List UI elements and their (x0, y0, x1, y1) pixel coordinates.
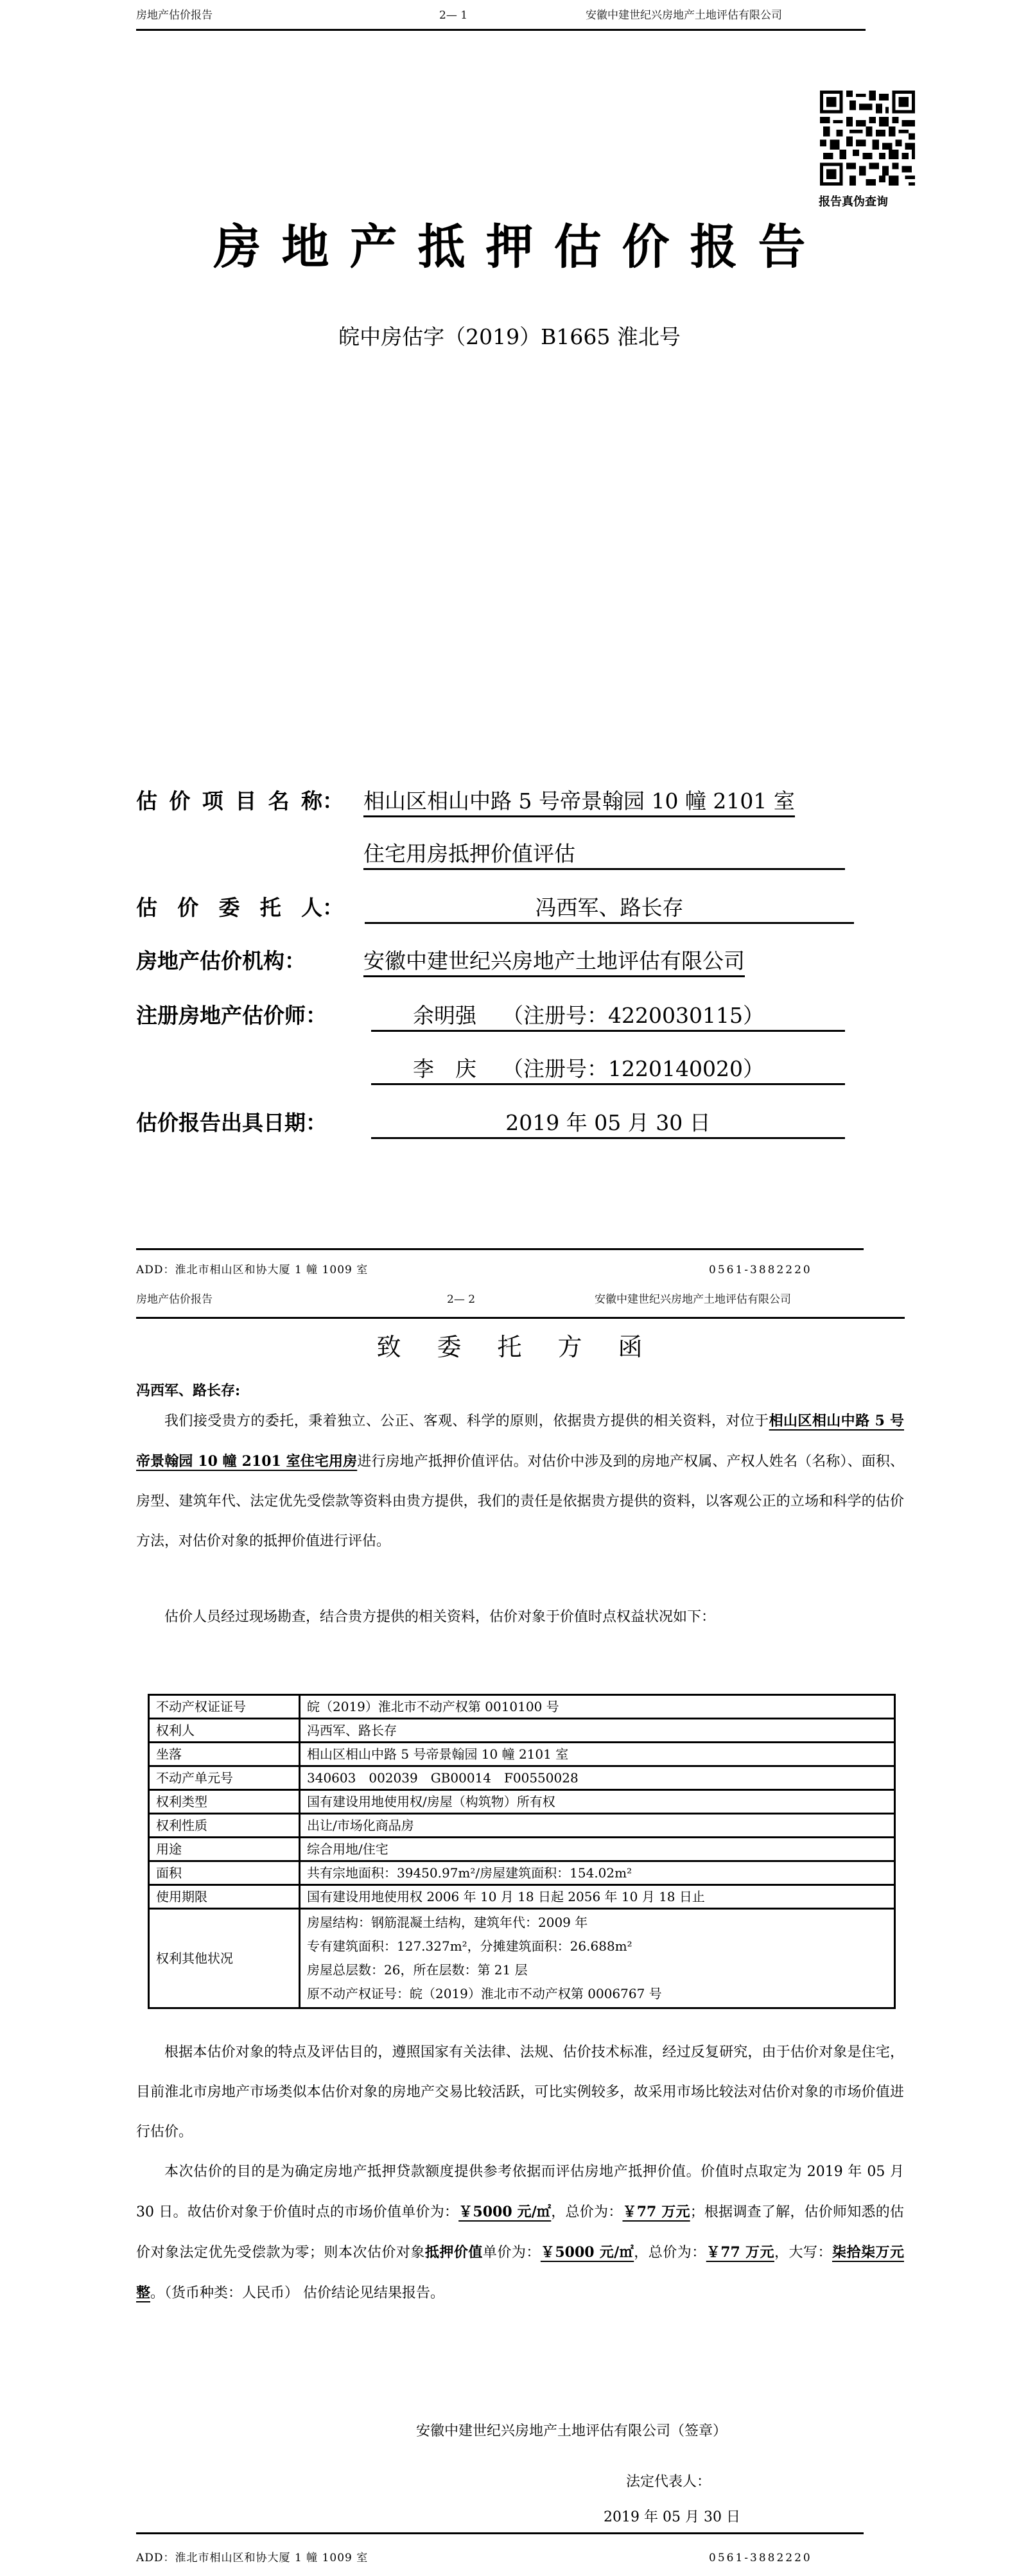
table-row: 不动产单元号340603 002039 GB00014 F00550028 (149, 1766, 895, 1790)
letter-paragraph-2: 估价人员经过现场勘查，结合贵方提供的相关资料，估价对象于价值时点权益状况如下： (136, 1597, 904, 1637)
qr-verify-label: 报告真伪查询 (819, 193, 888, 209)
table-row: 权利其他状况 房屋结构：钢筋混凝土结构，建筑年代：2009 年 专有建筑面积：1… (149, 1909, 895, 2008)
property-rights-table: 不动产权证证号皖（2019）淮北市不动产权第 0010100 号 权利人冯西军、… (148, 1694, 896, 2009)
footer-phone: 0561-3882220 (709, 2550, 812, 2566)
table-row: 坐落相山区相山中路 5 号帝景翰园 10 幢 2101 室 (149, 1743, 895, 1766)
footer-address: ADD：淮北市相山区和协大厦 1 幢 1009 室 (136, 2550, 368, 2566)
client-value: 冯西军、路长存 (365, 894, 854, 924)
market-unit-price: ￥5000 元/㎡ (458, 2204, 551, 2220)
letter-paragraph-3: 根据本估价对象的特点及评估目的，遵照国家有关法律、法规、估价技术标准，经过反复研… (136, 2033, 904, 2152)
signature-company: 安徽中建世纪兴房地产土地评估有限公司（签章） (416, 2422, 727, 2441)
header-doc-type: 房地产估价报告 (136, 1293, 213, 1306)
table-row: 使用期限国有建设用地使用权 2006 年 10 月 18 日起 2056 年 1… (149, 1885, 895, 1909)
table-row: 权利类型国有建设用地使用权/房屋（构筑物）所有权 (149, 1790, 895, 1814)
header-company: 安徽中建世纪兴房地产土地评估有限公司 (586, 9, 782, 22)
appraiser-row-1: 余明强（注册号：4220030115） (371, 1002, 845, 1032)
appraiser-label: 注册房地产估价师： (136, 1002, 327, 1030)
footer-address: ADD：淮北市相山区和协大厦 1 幢 1009 室 (136, 1262, 368, 1278)
table-row: 用途综合用地/住宅 (149, 1838, 895, 1861)
header-rule (136, 29, 866, 31)
letter-title: 致委托方函 (0, 1329, 1019, 1365)
date-label: 估价报告出具日期： (136, 1109, 327, 1137)
appraiser-name: 余明强 (413, 1003, 476, 1028)
org-label: 房地产估价机构： (136, 947, 306, 975)
qr-code-icon[interactable] (820, 91, 915, 186)
client-label: 估价委托人： (136, 894, 344, 922)
header-doc-type: 房地产估价报告 (136, 9, 213, 22)
report-title: 房地产抵押估价报告 (0, 215, 1019, 279)
date-value: 2019 年 05 月 30 日 (371, 1109, 845, 1139)
report-number: 皖中房估字（2019）B1665 淮北号 (0, 321, 1019, 353)
appraiser-row-2: 李 庆（注册号：1220140020） (371, 1055, 845, 1085)
mortgage-total-price: ￥77 万元 (706, 2244, 774, 2261)
project-value-line2: 住宅用房抵押价值评估 (363, 840, 845, 870)
header-rule (136, 1317, 905, 1319)
table-row: 不动产权证证号皖（2019）淮北市不动产权第 0010100 号 (149, 1695, 895, 1719)
market-total-price: ￥77 万元 (622, 2204, 690, 2220)
table-row: 权利性质出让/市场化商品房 (149, 1814, 895, 1838)
appraiser-reg: （注册号：1220140020） (502, 1056, 764, 1081)
table-row: 权利人冯西军、路长存 (149, 1719, 895, 1743)
org-value: 安徽中建世纪兴房地产土地评估有限公司 (363, 947, 745, 977)
header-page-number: 2— 1 (439, 9, 467, 22)
letter-paragraph-4: 本次估价的目的是为确定房地产抵押贷款额度提供参考依据而评估房地产抵押价值。价值时… (136, 2152, 904, 2313)
mortgage-unit-price: ￥5000 元/㎡ (541, 2244, 634, 2261)
header-page-number: 2— 2 (447, 1293, 475, 1306)
project-value-line1: 相山区相山中路 5 号帝景翰园 10 幢 2101 室 (363, 787, 795, 817)
letter-paragraph-1: 我们接受贵方的委托，秉着独立、公正、客观、科学的原则，依据贵方提供的相关资料，对… (136, 1401, 904, 1562)
footer-rule (136, 2532, 864, 2534)
footer-phone: 0561-3882220 (709, 1262, 812, 1278)
signature-date: 2019 年 05 月 30 日 (604, 2508, 740, 2527)
project-label: 估价项目名称： (136, 787, 344, 815)
appraiser-reg: （注册号：4220030115） (502, 1003, 764, 1028)
footer-rule (136, 1248, 864, 1250)
table-row: 面积共有宗地面积：39450.97m²/房屋建筑面积：154.02m² (149, 1861, 895, 1885)
appraiser-name: 李 庆 (413, 1056, 476, 1081)
header-company: 安徽中建世纪兴房地产土地评估有限公司 (595, 1293, 791, 1306)
signature-legal-rep: 法定代表人： (626, 2473, 711, 2492)
salutation: 冯西军、路长存: (136, 1380, 240, 1401)
